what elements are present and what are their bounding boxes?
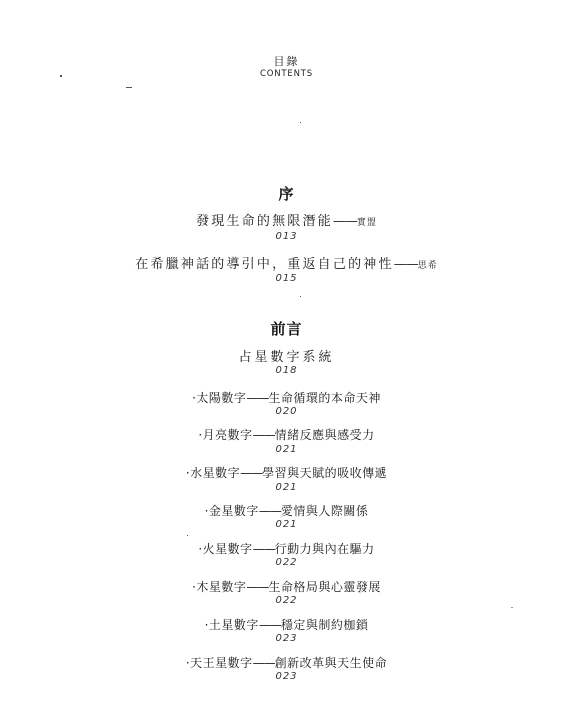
- entry-subtitle: 學習與天賦的吸收傳遞: [262, 466, 387, 480]
- toc-entry-venus[interactable]: ·金星數字——愛情與人際關係: [0, 502, 573, 519]
- entry-title: 天王星數字: [190, 656, 253, 670]
- entry-page-number: 022: [0, 595, 573, 606]
- entry-title: 木星數字: [196, 580, 246, 594]
- entry-dash: ——: [259, 504, 281, 518]
- toc-entry-moon[interactable]: ·月亮數字——情緒反應與感受力: [0, 426, 573, 443]
- toc-entry-sun[interactable]: ·太陽數字——生命循環的本命天神: [0, 389, 573, 406]
- scan-speck: [126, 87, 132, 88]
- entry-title: 在希臘神話的導引中，重返自己的神性: [135, 257, 393, 272]
- entry-subtitle: 愛情與人際關係: [281, 504, 369, 518]
- entry-subtitle: 創新改革與天生使命: [275, 656, 388, 670]
- entry-title: 月亮數字: [203, 428, 253, 442]
- entry-title: 發現生命的無限潛能: [196, 214, 333, 229]
- entry-author: 思希: [418, 261, 438, 271]
- entry-dash: ——: [394, 257, 418, 272]
- scan-speck: [300, 296, 301, 297]
- scan-speck: [511, 607, 513, 608]
- toc-entry[interactable]: 發現生命的無限潛能——實盟: [0, 210, 573, 229]
- entry-page-number: 021: [0, 482, 573, 493]
- entry-author: 實盟: [357, 218, 377, 228]
- entry-page-number: 020: [0, 406, 573, 417]
- entry-subtitle: 生命格局與心靈發展: [268, 580, 381, 594]
- entry-page-number: 013: [0, 231, 573, 242]
- entry-page-number: 021: [0, 444, 573, 455]
- entry-page-number: 022: [0, 557, 573, 568]
- entry-dash: ——: [246, 391, 268, 405]
- toc-entry[interactable]: 在希臘神話的導引中，重返自己的神性——思希: [0, 253, 573, 272]
- section-heading-foreword: 前言: [0, 318, 573, 339]
- entry-subtitle: 情緒反應與感受力: [275, 428, 375, 442]
- entry-page-number: 018: [0, 365, 573, 376]
- toc-entry-uranus[interactable]: ·天王星數字——創新改革與天生使命: [0, 654, 573, 671]
- entry-title: 水星數字: [190, 466, 240, 480]
- entry-subtitle: 穩定與制約枷鎖: [281, 618, 369, 632]
- entry-title: 太陽數字: [196, 391, 246, 405]
- entry-title: 金星數字: [209, 504, 259, 518]
- entry-title: 火星數字: [203, 542, 253, 556]
- toc-title-chinese: 目錄: [0, 53, 573, 69]
- entry-subtitle: 行動力與內在驅力: [275, 542, 375, 556]
- entry-page-number: 015: [0, 273, 573, 284]
- entry-dash: ——: [333, 214, 357, 229]
- entry-dash: ——: [253, 428, 275, 442]
- entry-dash: ——: [259, 618, 281, 632]
- entry-subtitle: 生命循環的本命天神: [268, 391, 381, 405]
- toc-entry-mars[interactable]: ·火星數字——行動力與內在驅力: [0, 540, 573, 557]
- entry-dash: ——: [246, 580, 268, 594]
- toc-page: 目錄 CONTENTS 序 發現生命的無限潛能——實盟 013 在希臘神話的導引…: [0, 0, 573, 705]
- scan-speck: [187, 535, 188, 536]
- toc-subheading[interactable]: 占星數字系統: [0, 346, 573, 365]
- entry-title: 土星數字: [209, 618, 259, 632]
- entry-page-number: 021: [0, 519, 573, 530]
- entry-page-number: 023: [0, 633, 573, 644]
- entry-dash: ——: [253, 542, 275, 556]
- entry-dash: ——: [253, 656, 275, 670]
- toc-entry-mercury[interactable]: ·水星數字——學習與天賦的吸收傳遞: [0, 464, 573, 481]
- section-heading-preface: 序: [0, 183, 573, 204]
- entry-dash: ——: [240, 466, 262, 480]
- entry-page-number: 023: [0, 671, 573, 682]
- toc-entry-saturn[interactable]: ·土星數字——穩定與制約枷鎖: [0, 616, 573, 633]
- scan-speck: [300, 122, 301, 123]
- toc-title-english: CONTENTS: [0, 69, 573, 79]
- toc-entry-jupiter[interactable]: ·木星數字——生命格局與心靈發展: [0, 578, 573, 595]
